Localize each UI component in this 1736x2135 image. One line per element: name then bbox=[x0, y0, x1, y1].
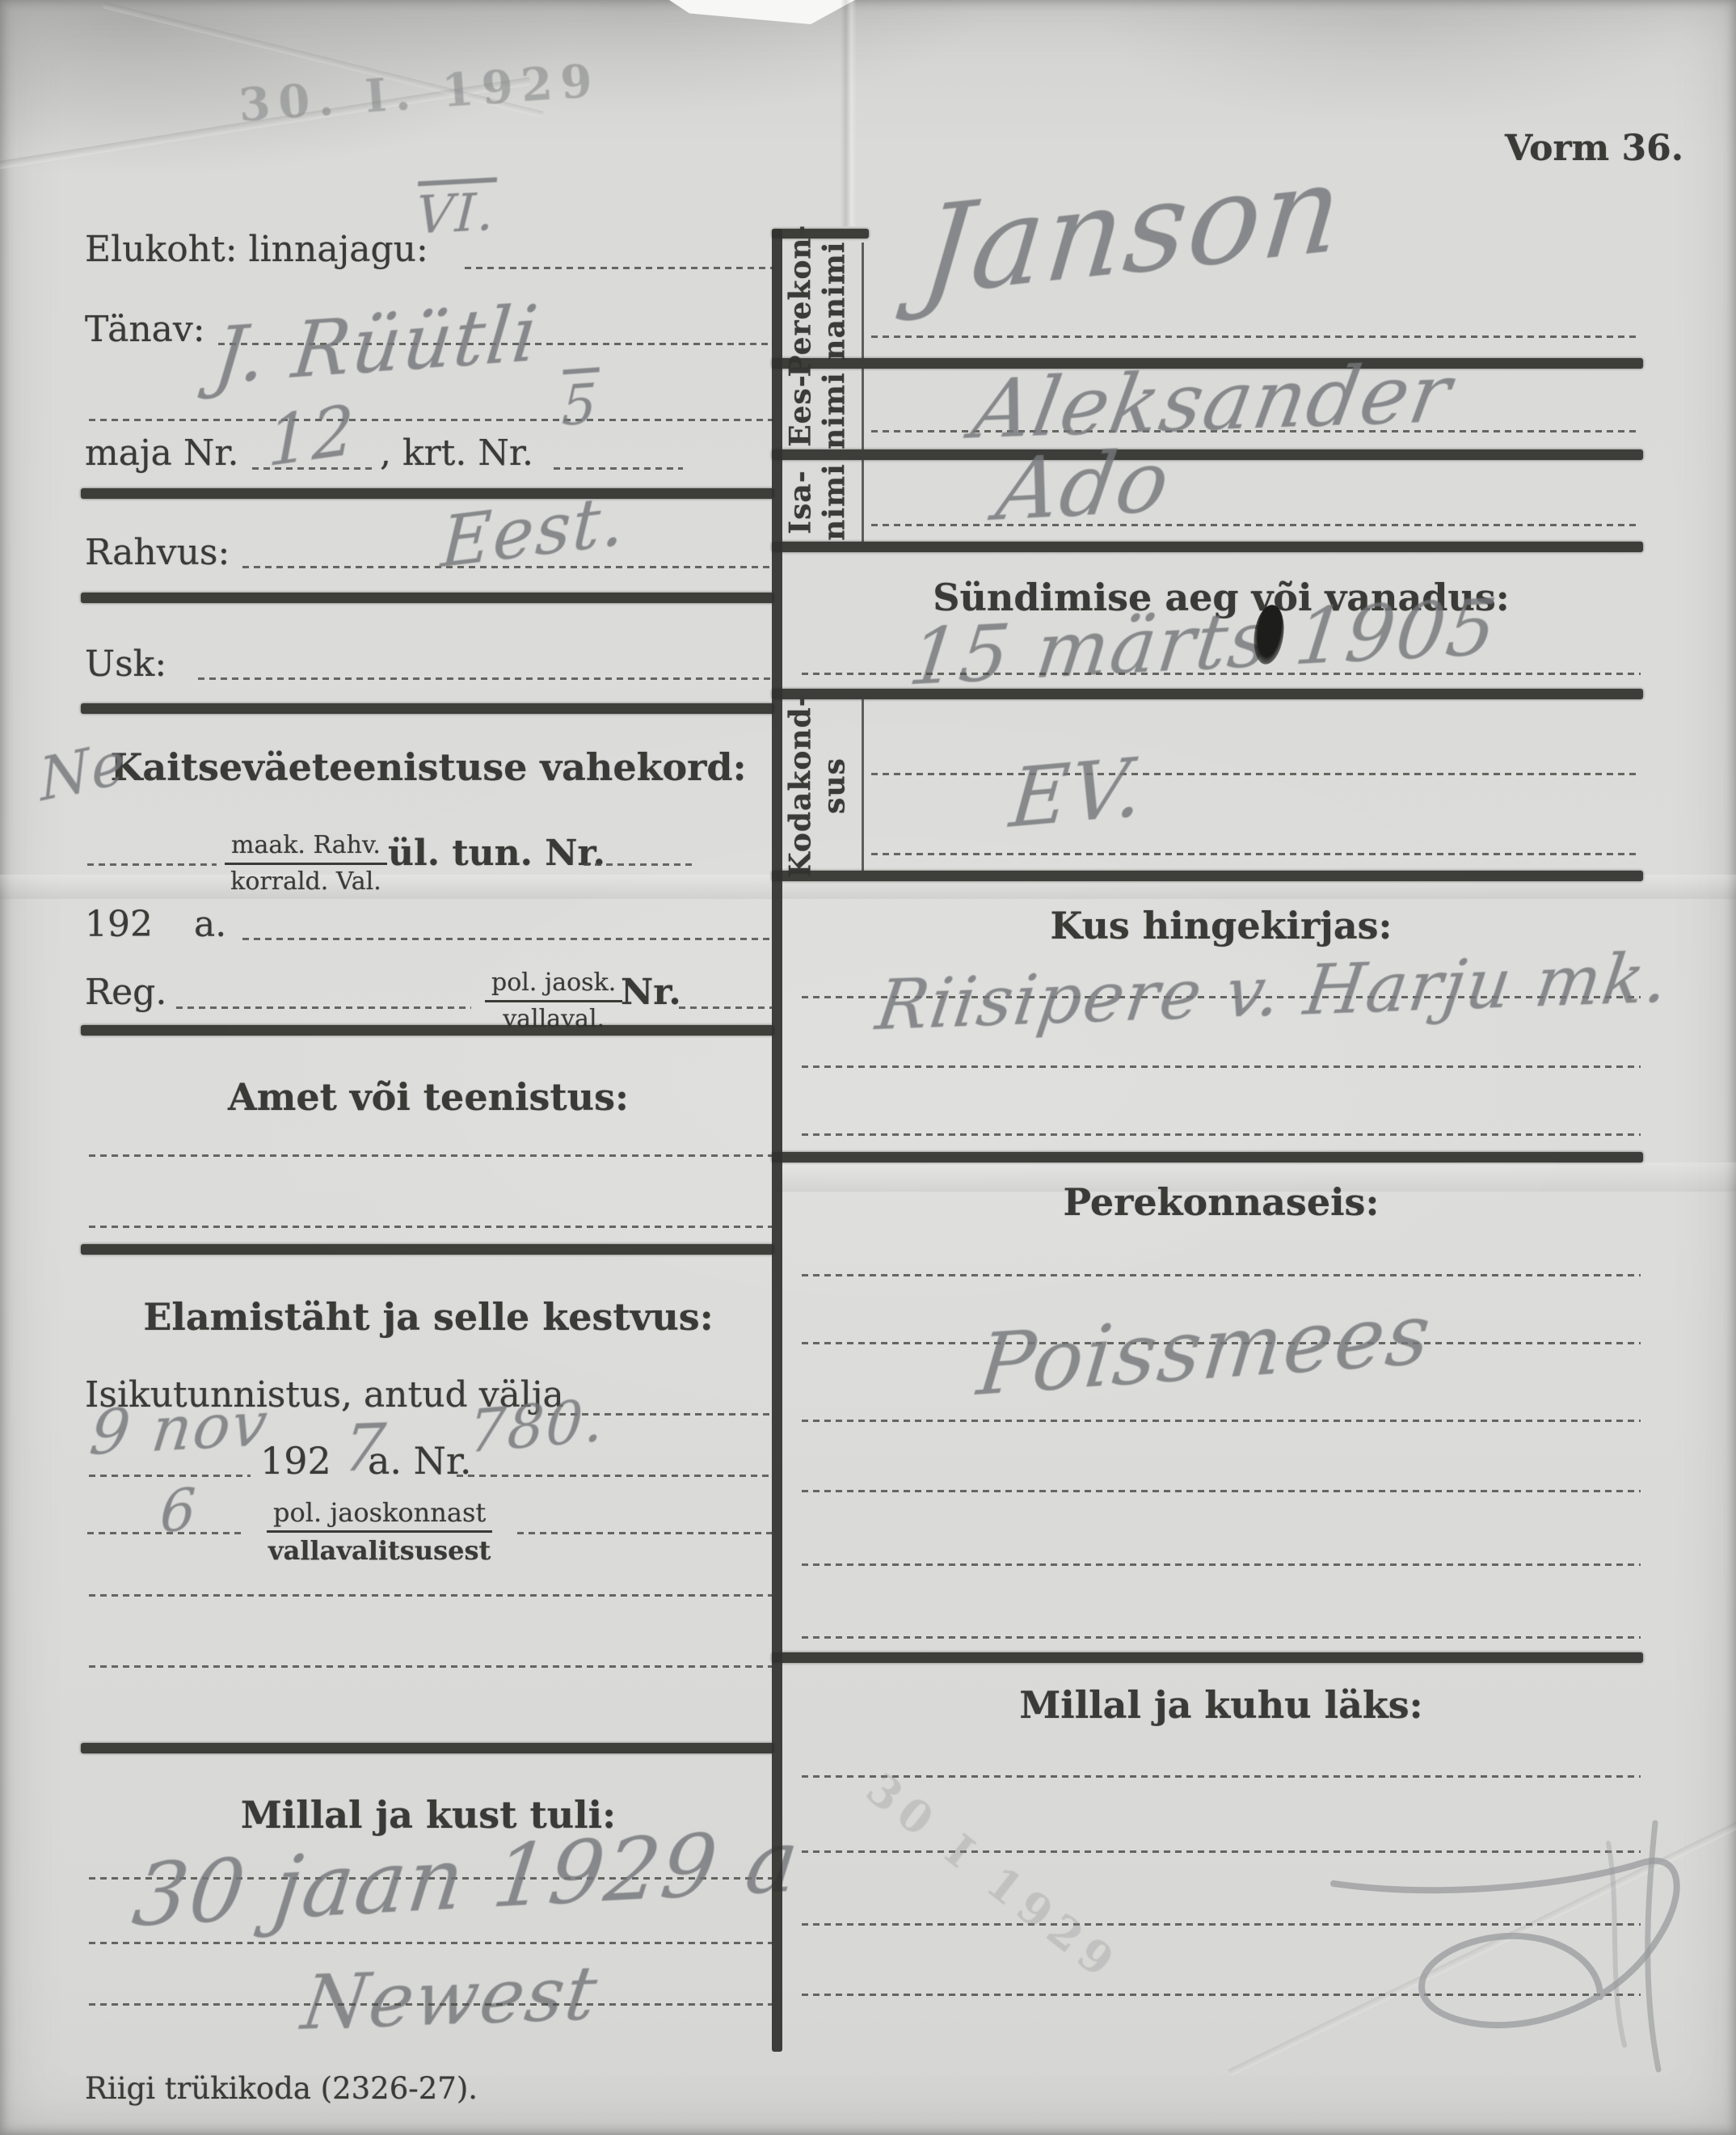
dotted-line bbox=[465, 267, 773, 269]
rule-bar bbox=[81, 593, 774, 603]
dotted-line bbox=[89, 1226, 772, 1228]
dotted-line bbox=[871, 853, 1639, 855]
perekonnanimi-label: Perekon- nanimi bbox=[784, 225, 853, 378]
krt-nr-label: , krt. Nr. bbox=[380, 432, 533, 474]
rahvus-label: Rahvus: bbox=[85, 532, 230, 573]
dotted-line bbox=[802, 673, 1641, 675]
rule-bar bbox=[81, 488, 774, 499]
rule-bar bbox=[81, 1244, 774, 1255]
dotted-line bbox=[457, 1475, 772, 1477]
usk-label: Usk: bbox=[85, 643, 166, 685]
rule-bar bbox=[772, 1652, 1643, 1663]
dotted-line bbox=[802, 1274, 1641, 1276]
rule-bar bbox=[81, 1025, 774, 1036]
fraction-bottom: vallavalitsusest bbox=[267, 1533, 492, 1566]
isanimi-value: Ado bbox=[990, 432, 1177, 540]
issued-note-value: 6 bbox=[159, 1475, 199, 1546]
amet-heading: Amet või teenistus: bbox=[85, 1075, 772, 1119]
dotted-line bbox=[176, 1006, 471, 1009]
tanav-value: J. Rüütli bbox=[210, 289, 544, 401]
isanimi-label: Isa- nimi bbox=[784, 463, 853, 541]
tuli-value-line2: Newest bbox=[297, 1949, 604, 2046]
reg-label: Reg. bbox=[85, 972, 166, 1013]
dotted-line bbox=[802, 1563, 1641, 1566]
rule-bar bbox=[772, 689, 1643, 699]
dotted-line bbox=[89, 1942, 772, 1944]
eesnimi-label: Ees- nimi bbox=[784, 372, 853, 449]
rule-bar bbox=[772, 1152, 1643, 1162]
dotted-line bbox=[89, 1475, 251, 1477]
krt-nr-value: 5 bbox=[561, 372, 600, 439]
perekonnaseis-value: Poissmees bbox=[973, 1284, 1436, 1415]
elamistaht-heading: Elamistäht ja selle kestvus: bbox=[85, 1295, 772, 1339]
year-a-label: a. bbox=[194, 904, 226, 945]
year-192-label: 192 bbox=[85, 904, 153, 945]
dotted-line bbox=[802, 1420, 1641, 1422]
kaitsevae-margin-note: Ne bbox=[37, 728, 129, 814]
scanned-registration-form: 30. I. 1929 Vorm 36. Elukoht: linnajagu:… bbox=[0, 0, 1736, 2135]
dotted-line bbox=[554, 467, 683, 470]
dotted-line bbox=[89, 1594, 772, 1597]
fraction-bottom: korrald. Val. bbox=[225, 865, 387, 897]
dotted-line bbox=[802, 1775, 1641, 1778]
dotted-line bbox=[89, 2003, 772, 2006]
dotted-line bbox=[871, 773, 1639, 775]
maja-nr-label: maja Nr. bbox=[85, 432, 239, 474]
printer-footer: Riigi trükikoda (2326-27). bbox=[85, 2071, 478, 2106]
pol-jaosk-fraction: pol. jaosk. vallaval. bbox=[485, 968, 622, 1034]
column-divider bbox=[772, 229, 782, 2052]
maak-rahv-fraction: maak. Rahv. korrald. Val. bbox=[225, 831, 387, 897]
issued-year-label: 192 bbox=[260, 1439, 331, 1483]
label-separator bbox=[862, 369, 864, 449]
pol-jaoskonnast-fraction: pol. jaoskonnast vallavalitsusest bbox=[267, 1497, 492, 1567]
dotted-line bbox=[802, 1636, 1641, 1639]
rule-bar bbox=[81, 1743, 774, 1753]
maja-nr-value: 12 bbox=[268, 390, 356, 482]
hingekiri-value: Riisipere v. Harju mk. bbox=[871, 939, 1675, 1047]
elukoht-label: Elukoht: linnajagu: bbox=[85, 229, 428, 270]
dotted-line bbox=[87, 1532, 245, 1534]
reg-nr-label: Nr. bbox=[621, 972, 681, 1013]
perekonnaseis-heading: Perekonnaseis: bbox=[802, 1180, 1641, 1224]
dotted-line bbox=[89, 1665, 772, 1668]
fraction-top: pol. jaosk. bbox=[485, 968, 622, 1002]
kodakondsus-label: Kodakond- sus bbox=[784, 694, 853, 877]
rule-bar bbox=[772, 542, 1643, 552]
label-separator bbox=[862, 243, 864, 358]
dotted-line bbox=[87, 863, 217, 866]
tanav-label: Tänav: bbox=[85, 309, 205, 350]
dotted-line bbox=[242, 938, 772, 940]
torn-edge-notch bbox=[661, 0, 863, 24]
dotted-line bbox=[871, 335, 1639, 338]
dotted-line bbox=[517, 1532, 772, 1534]
label-separator bbox=[862, 699, 864, 871]
dotted-line bbox=[871, 524, 1639, 526]
rule-bar bbox=[772, 449, 1643, 460]
dotted-line bbox=[679, 1006, 772, 1009]
fold-crease-vertical bbox=[841, 0, 857, 226]
fraction-top: pol. jaoskonnast bbox=[267, 1497, 492, 1533]
dotted-line bbox=[89, 1154, 772, 1157]
linnajagu-value: VI. bbox=[415, 182, 497, 246]
issued-nr-value: 780. bbox=[467, 1386, 606, 1466]
kodakondsus-value: EV. bbox=[1006, 739, 1148, 846]
dotted-line bbox=[198, 677, 772, 680]
pencil-signature-scribble bbox=[1261, 1795, 1713, 2086]
dotted-line bbox=[802, 1065, 1641, 1068]
date-stamp-top: 30. I. 1929 bbox=[237, 53, 601, 132]
date-stamp-bottom: 30 I 1929 bbox=[857, 1762, 1130, 1991]
dotted-line bbox=[584, 863, 697, 866]
dotted-line bbox=[89, 419, 773, 421]
rule-bar bbox=[81, 703, 774, 714]
dotted-line bbox=[802, 1490, 1641, 1492]
fraction-top: maak. Rahv. bbox=[225, 831, 387, 865]
perekonnanimi-value: Janson bbox=[915, 137, 1350, 323]
label-separator bbox=[862, 460, 864, 542]
laks-heading: Millal ja kuhu läks: bbox=[802, 1683, 1641, 1727]
issued-day-value: 9 nov bbox=[86, 1387, 273, 1469]
rule-bar bbox=[772, 871, 1643, 881]
kaitsevae-heading: Kaitseväeteenistuse vahekord: bbox=[85, 745, 772, 789]
dotted-line bbox=[802, 1133, 1641, 1136]
form-number: Vorm 36. bbox=[1505, 128, 1683, 169]
ul-tun-label: ül. tun. Nr. bbox=[388, 833, 605, 874]
hingekiri-heading: Kus hingekirjas: bbox=[802, 904, 1641, 947]
